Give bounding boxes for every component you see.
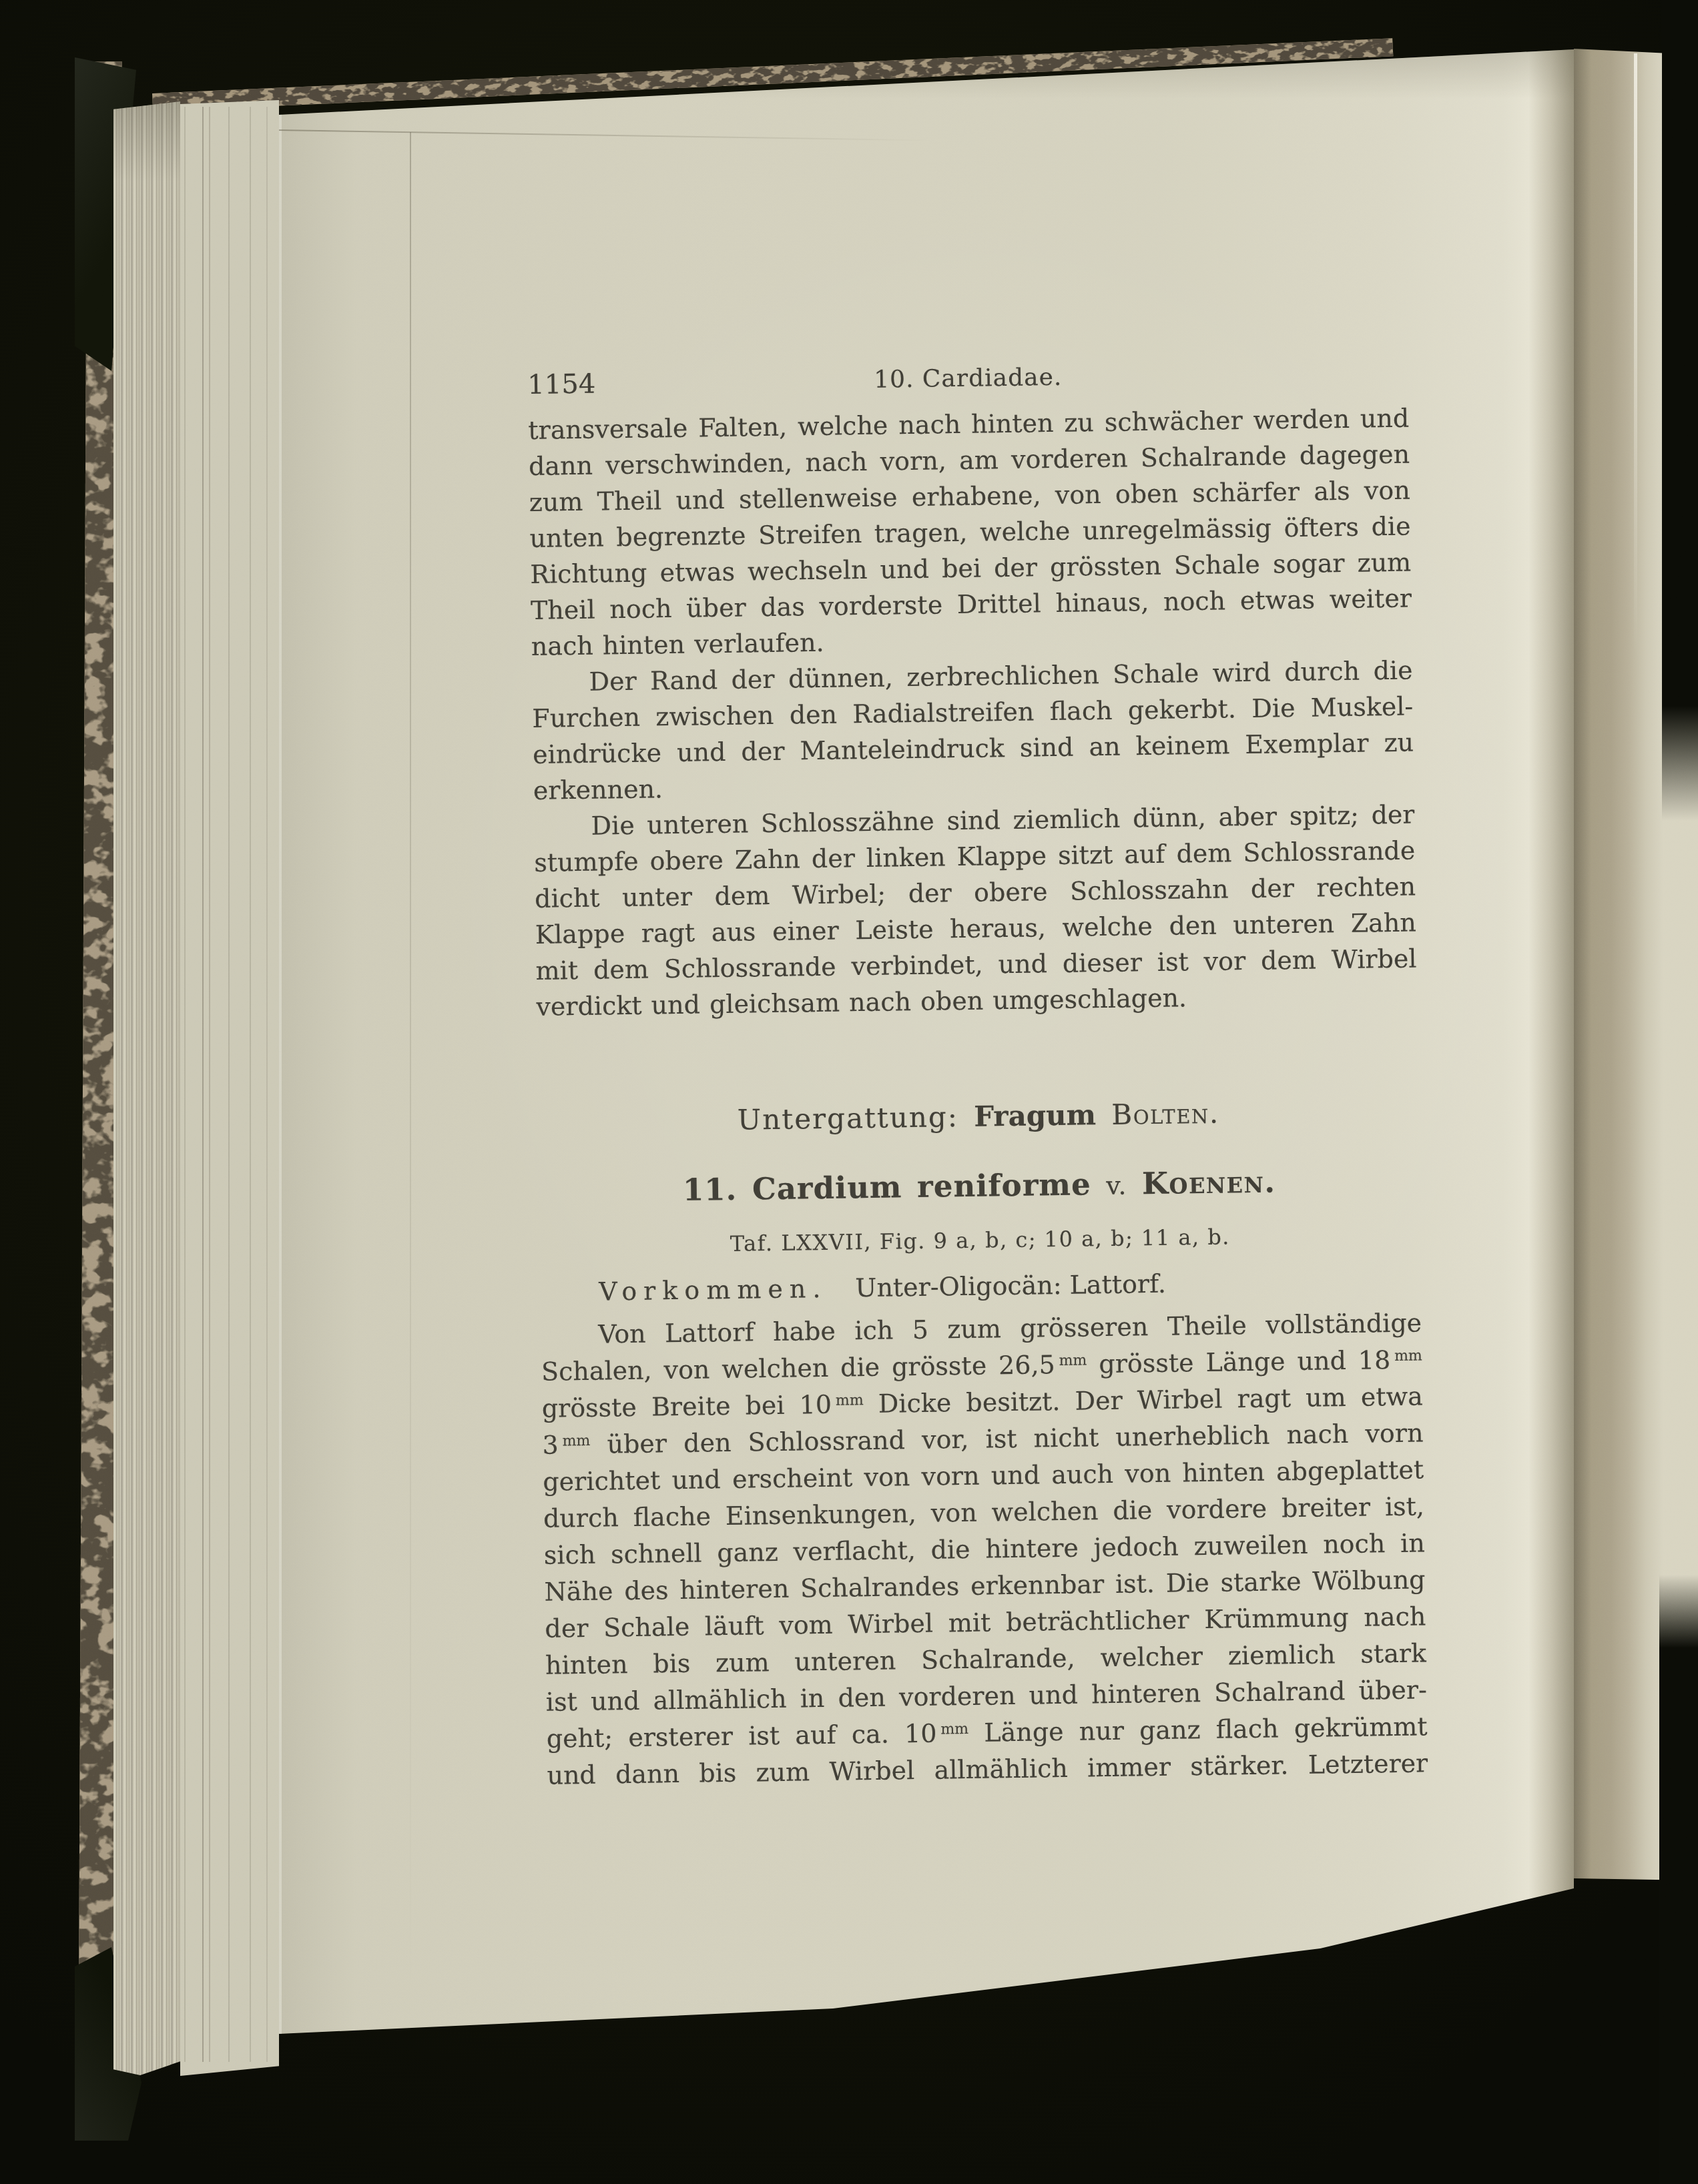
text-segment: Dicke besitzt. Der Wirbel ragt um etwa	[863, 1381, 1423, 1419]
subgenus-label: Untergattung:	[738, 1100, 959, 1136]
paragraph: transversale Falten, welche nach hinten …	[528, 400, 1412, 665]
underlying-page-edges	[180, 100, 279, 2078]
page-number: 1154	[527, 369, 595, 400]
superscript-unit: mm	[1059, 1352, 1087, 1369]
paragraph: Die unteren Schlosszähne sind ziemlich d…	[533, 797, 1417, 1025]
paragraph: Von Lattorf habe ich 5 zum grösseren The…	[541, 1305, 1428, 1794]
page-edge-line	[266, 107, 268, 2062]
page-edge-line	[228, 107, 230, 2062]
page-edge-line	[250, 107, 251, 2062]
text-segment: grösste Breite bei 10	[541, 1390, 832, 1423]
under-sheet-top-edge	[279, 129, 933, 141]
text-segment: geht; ersterer ist auf ca. 10	[546, 1719, 936, 1754]
species-number: 11.	[683, 1172, 738, 1208]
superscript-unit: mm	[562, 1433, 590, 1450]
under-sheet-side-edge	[410, 132, 411, 2000]
page-edge-stack	[113, 101, 180, 2075]
page-header: 1154 10. Cardiadae.	[527, 355, 1409, 403]
superscript-unit: mm	[1394, 1347, 1422, 1365]
background-bottom-right	[1659, 1575, 1698, 2184]
body-text-lower: Von Lattorf habe ich 5 zum grösseren The…	[541, 1305, 1428, 1794]
running-head: 10. Cardiadae.	[874, 360, 1063, 398]
subgenus-author: Bolten.	[1111, 1097, 1219, 1131]
subgenus-heading: Untergattung: Fragum Bolten.	[537, 1091, 1419, 1142]
text-segment: grösste Länge und 18	[1087, 1345, 1390, 1379]
text-segment: verdickt und gleichsam nach oben umgesch…	[536, 983, 1187, 1022]
species-author: Koenen.	[1142, 1164, 1276, 1201]
species-connector: v.	[1106, 1171, 1127, 1200]
superscript-unit: mm	[836, 1392, 864, 1409]
occurrence-value: Unter-Oligocän: Lattorf.	[855, 1269, 1166, 1303]
page-edge-line	[209, 107, 210, 2062]
page-edge-line	[202, 107, 204, 2062]
page-fore-edge-highlight	[279, 112, 282, 2034]
occurrence-line: Vorkommen. Unter-Oligocän: Lattorf.	[540, 1262, 1422, 1310]
text-segment: nach hinten verlaufen.	[531, 628, 824, 661]
book-page: 1154 10. Cardiadae. transversale Falten,…	[279, 39, 1574, 2041]
body-text-upper: transversale Falten, welche nach hinten …	[528, 400, 1418, 1025]
species-heading: 11. Cardium reniforme v. Koenen.	[539, 1160, 1420, 1211]
text-segment: Schalen, von welchen die grösste 26,5	[541, 1350, 1055, 1387]
paragraph: Der Rand der dünnen, zerbrechlichen Scha…	[531, 653, 1414, 809]
book-photograph: { "palette":{ "background":"#0e0f08", "p…	[0, 0, 1698, 2184]
text-segment: 3	[542, 1431, 559, 1460]
occurrence-label: Vorkommen.	[599, 1274, 828, 1307]
background-top-right	[1662, 0, 1698, 821]
page-edge-line	[184, 107, 186, 2062]
page-content: 1154 10. Cardiadae. transversale Falten,…	[527, 355, 1428, 1794]
text-segment: erkennen.	[533, 774, 663, 805]
species-name: Cardium reniforme	[752, 1166, 1091, 1206]
subgenus-name: Fragum	[974, 1098, 1096, 1133]
plate-reference: Taf. LXXVII, Fig. 9 a, b, c; 10 a, b; 11…	[539, 1219, 1420, 1260]
text-segment: Länge nur ganz flach gekrümmt	[968, 1712, 1428, 1748]
facing-page-crease	[1634, 53, 1637, 654]
superscript-unit: mm	[940, 1721, 968, 1738]
